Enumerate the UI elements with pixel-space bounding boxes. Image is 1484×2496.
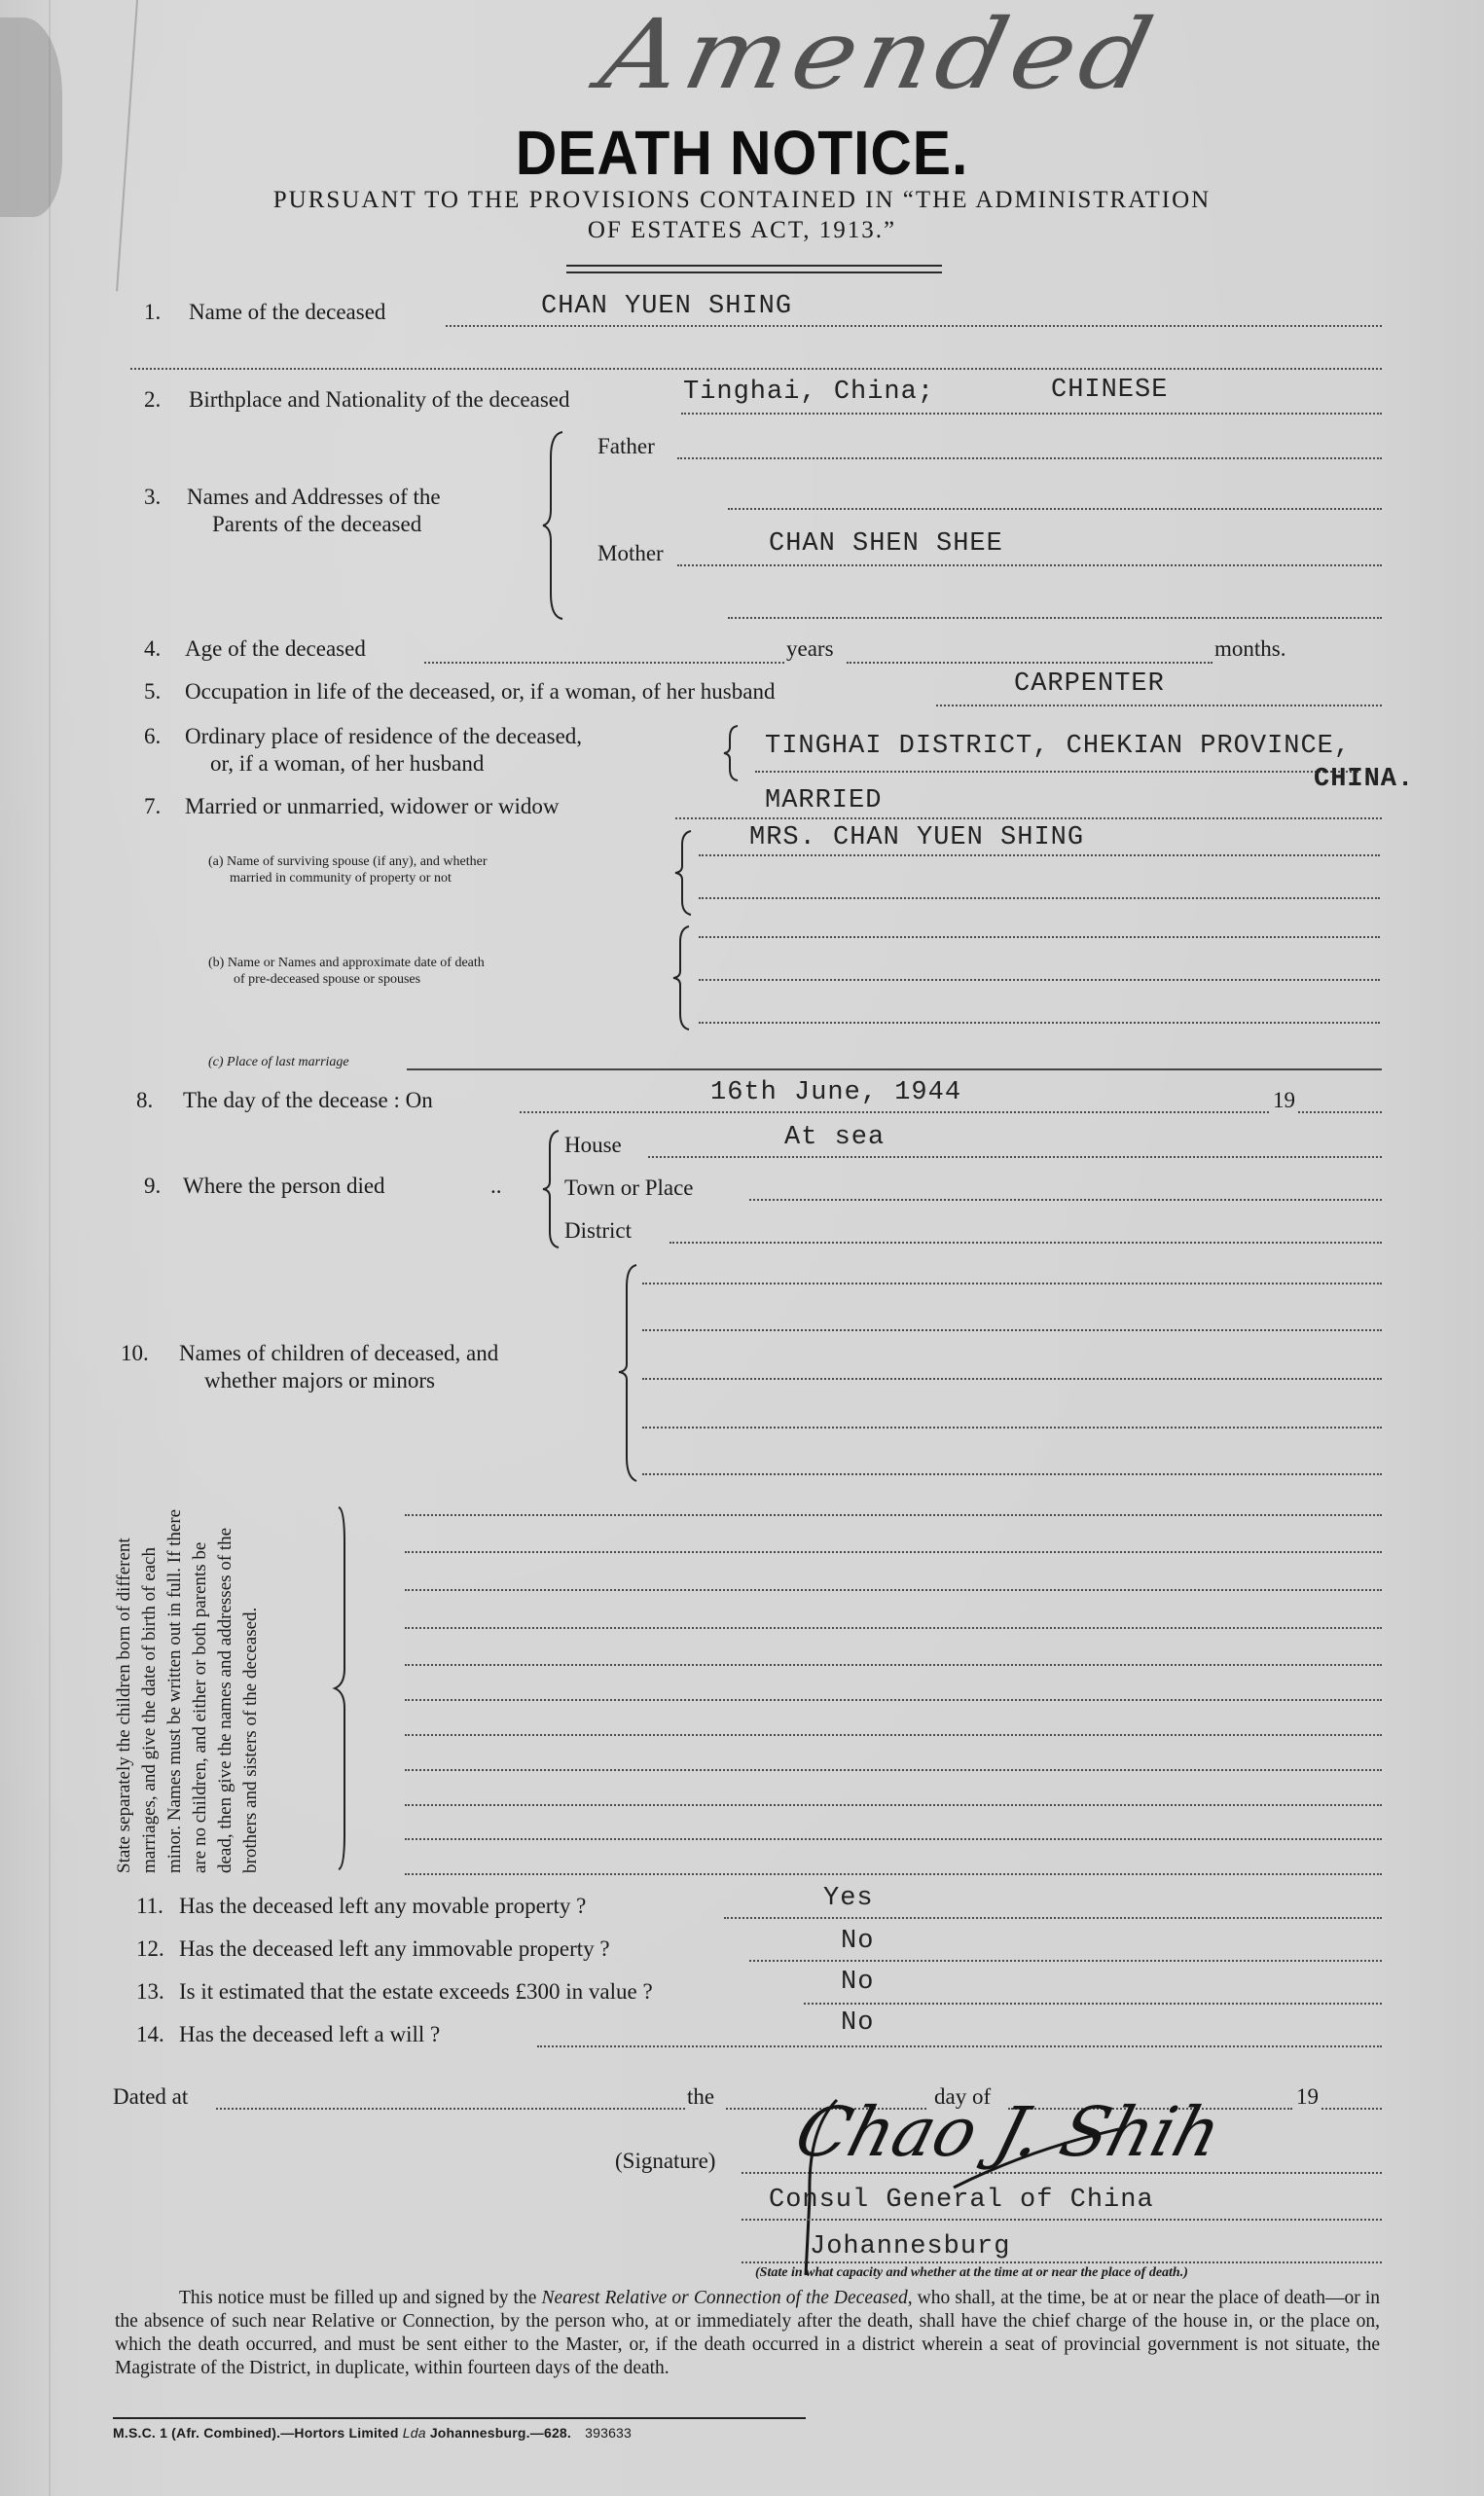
q4-months-label: months.: [1214, 636, 1285, 662]
footer-instructions: This notice must be filled up and signed…: [115, 2287, 1380, 2380]
q11-number: 11.: [136, 1894, 163, 1919]
q1-number: 1.: [144, 300, 161, 325]
q12-field-line[interactable]: [749, 1960, 1382, 1962]
children-detail-line[interactable]: [405, 1664, 1382, 1666]
q2-label: Birthplace and Nationality of the deceas…: [189, 387, 569, 413]
q7a-label-line2: married in community of property or not: [230, 871, 452, 886]
q11-movable-property[interactable]: Yes: [823, 1884, 874, 1913]
signature-capacity-line2[interactable]: Johannesburg: [810, 2232, 1010, 2261]
q3-mother-line[interactable]: [677, 564, 1382, 566]
q4-years-label: years: [786, 636, 834, 662]
q9-district-line[interactable]: [670, 1242, 1382, 1244]
q5-field-line[interactable]: [936, 705, 1382, 706]
dated-at-label: Dated at: [113, 2084, 188, 2110]
children-detail-line[interactable]: [405, 1551, 1382, 1553]
q6-label-line1: Ordinary place of residence of the decea…: [185, 724, 582, 749]
q14-label: Has the deceased left a will ?: [179, 2022, 440, 2047]
q9-brace: [541, 1129, 564, 1249]
q9-town-line[interactable]: [749, 1199, 1382, 1201]
q4-label: Age of the deceased: [185, 636, 366, 662]
q3-father-label: Father: [597, 434, 655, 459]
q7b-line2[interactable]: [699, 979, 1380, 981]
q9-number: 9.: [144, 1174, 161, 1199]
q8-year-prefix: 19: [1273, 1088, 1295, 1113]
q9-town-label: Town or Place: [564, 1176, 694, 1201]
q9-house-label: House: [564, 1133, 622, 1158]
q8-date-of-death[interactable]: 16th June, 1944: [710, 1078, 961, 1107]
q3-label-line2: Parents of the deceased: [212, 512, 421, 537]
q7-label: Married or unmarried, widower or widow: [185, 794, 560, 819]
printer-imprint: M.S.C. 1 (Afr. Combined).—Hortors Limite…: [113, 2425, 632, 2441]
page-subtitle-line1: PURSUANT TO THE PROVISIONS CONTAINED IN …: [0, 187, 1484, 214]
q7b-label-line1: (b) Name or Names and approximate date o…: [208, 956, 485, 971]
q13-estate-value[interactable]: No: [841, 1968, 874, 1997]
q7a-surviving-spouse[interactable]: MRS. CHAN YUEN SHING: [749, 823, 1084, 852]
q2-nationality[interactable]: CHINESE: [1051, 376, 1168, 405]
q1-field-line[interactable]: [446, 325, 1382, 327]
children-detail-line[interactable]: [405, 1734, 1382, 1736]
q12-number: 12.: [136, 1936, 164, 1962]
q8-label: The day of the decease : On: [183, 1088, 433, 1113]
q13-field-line[interactable]: [804, 2003, 1382, 2005]
q14-number: 14.: [136, 2022, 164, 2047]
printer-mark: Lda: [403, 2425, 426, 2441]
q7a-label-line1: (a) Name of surviving spouse (if any), a…: [208, 854, 488, 870]
children-detail-line[interactable]: [405, 1838, 1382, 1840]
children-detail-line[interactable]: [405, 1804, 1382, 1806]
paper-crease: [49, 0, 51, 2496]
q3-mother-label: Mother: [597, 541, 664, 566]
q6-residence-line2[interactable]: CHINA.: [1314, 765, 1414, 794]
q8-field-line[interactable]: [520, 1111, 1269, 1113]
q7c-label: (c) Place of last marriage: [208, 1055, 349, 1070]
q5-occupation[interactable]: CARPENTER: [1014, 669, 1165, 699]
q8-year-field[interactable]: [1298, 1111, 1382, 1113]
q5-label: Occupation in life of the deceased, or, …: [185, 679, 775, 705]
children-detail-line[interactable]: [405, 1514, 1382, 1516]
q10-line[interactable]: [642, 1283, 1382, 1284]
q11-field-line[interactable]: [724, 1917, 1382, 1919]
dated-the-label: the: [687, 2084, 714, 2110]
q7b-line3[interactable]: [699, 1022, 1380, 1024]
q10-brace: [617, 1263, 642, 1483]
footer-italic-text: Nearest Relative or Connection of the De…: [541, 2288, 907, 2308]
children-detail-line[interactable]: [405, 1699, 1382, 1701]
page-title: DEATH NOTICE.: [59, 117, 1425, 189]
q7b-label-line2: of pre-deceased spouse or spouses: [234, 972, 420, 988]
q4-years-field[interactable]: [424, 662, 784, 664]
signature-capacity-note: (State in what capacity and whether at t…: [755, 2265, 1188, 2281]
q11-label: Has the deceased left any movable proper…: [179, 1894, 586, 1919]
q6-number: 6.: [144, 724, 161, 749]
footer-rule: [113, 2417, 806, 2419]
title-rule-top: [566, 265, 942, 267]
q10-line[interactable]: [642, 1329, 1382, 1331]
amended-annotation: Amended: [592, 0, 1168, 111]
q7a-line2[interactable]: [699, 897, 1380, 899]
children-detail-line[interactable]: [405, 1873, 1382, 1875]
q6-residence-line1[interactable]: TINGHAI DISTRICT, CHEKIAN PROVINCE,: [765, 732, 1351, 761]
dated-year-field[interactable]: [1321, 2108, 1382, 2110]
q7b-line1[interactable]: [699, 936, 1380, 938]
q14-field-line[interactable]: [537, 2045, 1382, 2047]
q7a-brace: [673, 829, 697, 917]
q10-line[interactable]: [642, 1427, 1382, 1429]
q2-number: 2.: [144, 387, 161, 413]
q1-label: Name of the deceased: [189, 300, 385, 325]
signature-capacity-line[interactable]: [742, 2219, 1382, 2221]
document-page: [0, 0, 1484, 2496]
q9-house-line[interactable]: [648, 1156, 1382, 1158]
q7-number: 7.: [144, 794, 161, 819]
printer-city: Johannesburg.—628.: [430, 2425, 571, 2441]
dated-at-field[interactable]: [216, 2108, 685, 2110]
signature-capacity-line1[interactable]: Consul General of China: [769, 2186, 1154, 2215]
q12-label: Has the deceased left any immovable prop…: [179, 1936, 610, 1962]
footer-text: This notice must be filled up and signed…: [179, 2288, 541, 2308]
q8-number: 8.: [136, 1088, 153, 1113]
q5-number: 5.: [144, 679, 161, 705]
q1-deceased-name[interactable]: CHAN YUEN SHING: [541, 292, 792, 321]
q3-number: 3.: [144, 485, 161, 510]
q9-label: Where the person died: [183, 1174, 385, 1199]
children-instruction-brace: [331, 1503, 354, 1873]
dated-year-prefix: 19: [1296, 2084, 1319, 2110]
signature-location-line[interactable]: [742, 2261, 1382, 2263]
q7c-field-line[interactable]: [407, 1068, 1382, 1070]
q6-field-line[interactable]: [755, 771, 1358, 773]
q14-will[interactable]: No: [841, 2008, 874, 2038]
q7a-line1[interactable]: [699, 854, 1380, 856]
q10-line[interactable]: [642, 1473, 1382, 1475]
q7b-brace: [671, 924, 695, 1031]
children-instruction: State separately the children born of di…: [112, 1499, 264, 1873]
q7-field-line[interactable]: [675, 817, 1382, 819]
page-subtitle-line2: OF ESTATES ACT, 1913.”: [0, 217, 1484, 244]
serial-number: 393633: [585, 2425, 632, 2441]
children-detail-line[interactable]: [405, 1627, 1382, 1629]
q3-father-line[interactable]: [677, 457, 1382, 459]
q2-birthplace[interactable]: Tinghai, China;: [683, 378, 934, 407]
printer-name: M.S.C. 1 (Afr. Combined).—Hortors Limite…: [113, 2425, 399, 2441]
q4-months-field[interactable]: [847, 662, 1213, 664]
q4-number: 4.: [144, 636, 161, 662]
q6-label-line2: or, if a woman, of her husband: [210, 751, 484, 777]
q3-brace: [541, 428, 570, 623]
q3-mother-value[interactable]: CHAN SHEN SHEE: [769, 529, 1003, 559]
children-detail-line[interactable]: [405, 1769, 1382, 1771]
q7-marital-status[interactable]: MARRIED: [765, 786, 882, 815]
q1-extra-line[interactable]: [130, 368, 1382, 370]
q10-number: 10.: [121, 1341, 149, 1366]
q13-label: Is it estimated that the estate exceeds …: [179, 1979, 653, 2005]
q9-house-value[interactable]: At sea: [784, 1123, 885, 1152]
q2-field-line[interactable]: [681, 413, 1382, 415]
q3-label-line1: Names and Addresses of the: [187, 485, 441, 510]
q10-label-line2: whether majors or minors: [204, 1368, 435, 1393]
q3-father-address-line[interactable]: [728, 508, 1382, 510]
children-detail-line[interactable]: [405, 1589, 1382, 1591]
q10-line[interactable]: [642, 1378, 1382, 1380]
title-rule-bottom: [566, 271, 942, 273]
q9-leader: ..: [490, 1174, 502, 1199]
q9-district-label: District: [564, 1218, 632, 1244]
q12-immovable-property[interactable]: No: [841, 1927, 874, 1956]
q3-mother-address-line[interactable]: [728, 617, 1382, 619]
q13-number: 13.: [136, 1979, 164, 2005]
q6-brace: [722, 724, 743, 782]
signature-label: (Signature): [615, 2149, 715, 2174]
q10-label-line1: Names of children of deceased, and: [179, 1341, 498, 1366]
